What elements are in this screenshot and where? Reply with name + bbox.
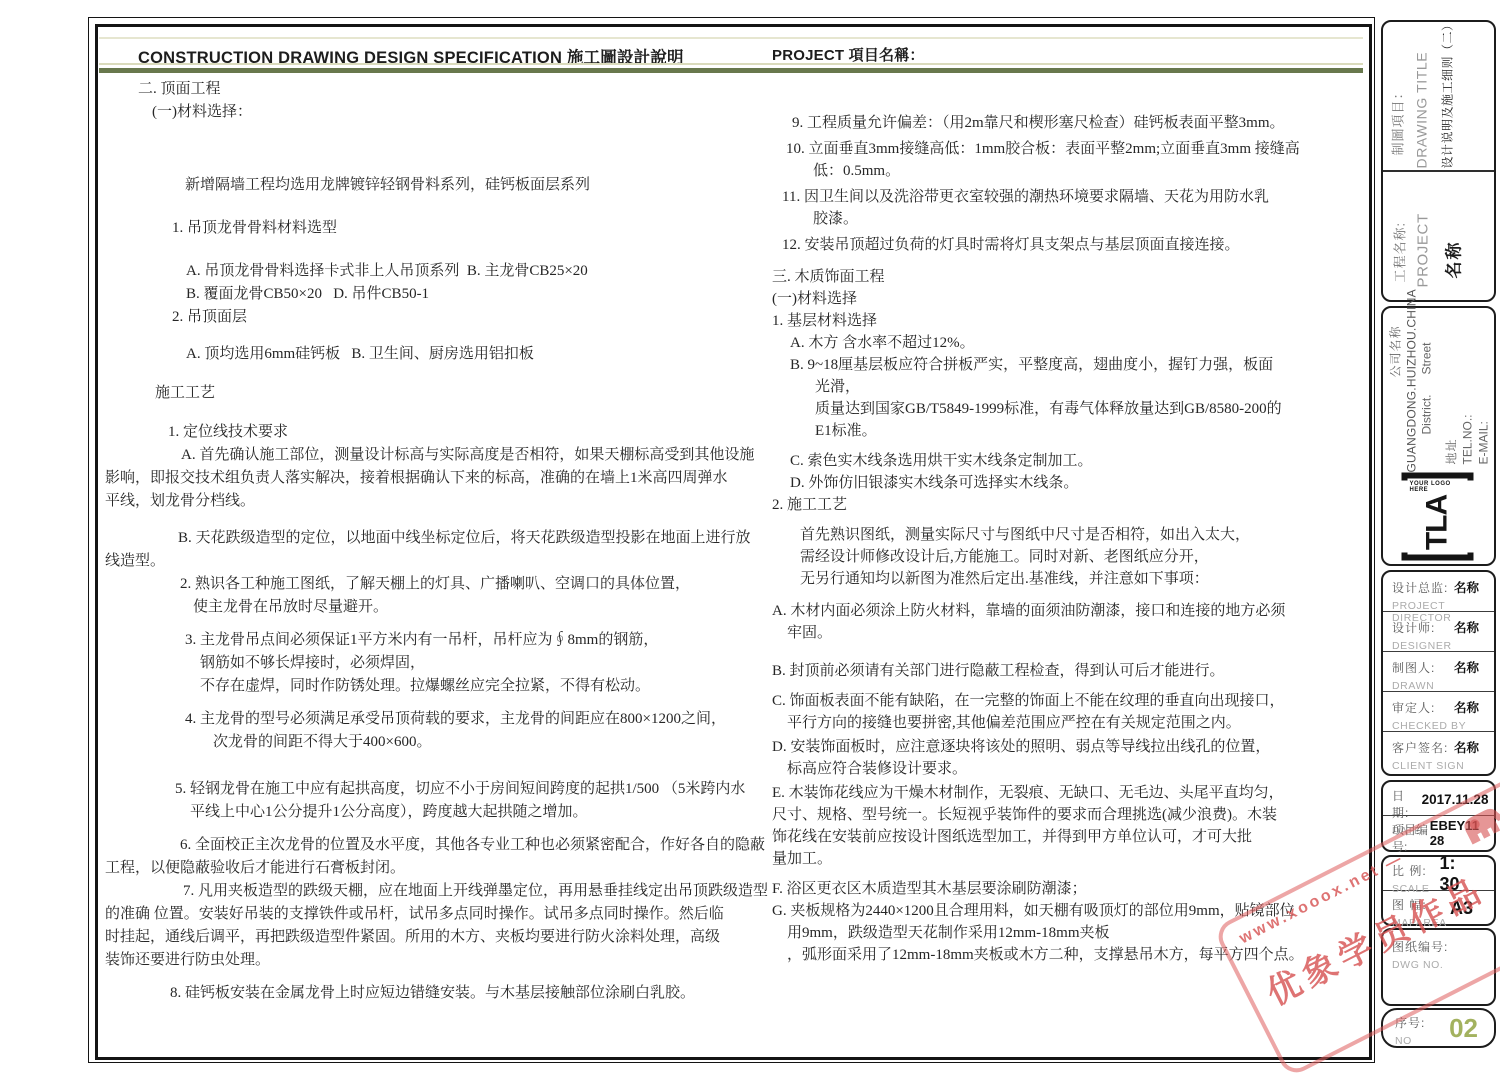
elephant-icon <box>1449 796 1500 852</box>
project-name-value: 名称 <box>1439 172 1464 298</box>
drawing-title-label-en: DRAWING TITLE <box>1413 22 1429 168</box>
drawing-title-section: 制圖項目： DRAWING TITLE 设计说明及施工细则（二） <box>1383 22 1494 172</box>
spec-paragraph: B. 天花跌级造型的定位，以地面中线坐标定位后，将天花跌级造型投影在地面上进行放… <box>105 527 790 573</box>
spec-paragraph: 1. 基层材料选择 <box>772 310 1347 332</box>
spec-paragraph: 11. 因卫生间以及洗浴带更衣室较强的潮热环境要求隔墙、天花为用防水乳 胶漆。 <box>772 186 1347 230</box>
spec-paragraph: 1. 定位线技术要求 <box>105 421 790 444</box>
spec-paragraph: 7. 凡用夹板造型的跌级天棚，应在地面上开线弹墨定位，再用悬垂挂线定出吊顶跌级造… <box>105 880 790 972</box>
spec-paragraph: C. 索色实木线条选用烘干实木线条定制加工。 <box>772 450 1347 472</box>
drawn-label-en: DRAWN <box>1392 680 1485 692</box>
drawing-title-label-zh: 制圖項目： <box>1387 22 1406 168</box>
spec-paragraph: 2. 熟识各工种施工图纸，了解天棚上的灯具、广播喇叭、空调口的具体位置， 使主龙… <box>105 573 790 619</box>
address-label: 地址 <box>1445 289 1458 472</box>
spec-paragraph: 2. 吊顶面层 <box>105 306 790 329</box>
spec-paragraph: 1. 吊顶龙骨骨料材料选型 <box>105 217 790 240</box>
spec-paragraph: B. 9~18厘基层板应符合拼板严实，平整度高，翅曲度小，握钉力强，板面 光滑，… <box>772 354 1347 442</box>
spec-paragraph: 9. 工程质量允许偏差：（用2m靠尺和楔形塞尺检查）硅钙板表面平整3mm。 <box>772 112 1347 134</box>
people-row-checked: 审定人:名称 CHECKED BY <box>1383 692 1494 732</box>
spec-paragraph: 10. 立面垂直3mm接缝高低：1mm胶合板：表面平整2mm;立面垂直3mm 接… <box>772 138 1347 182</box>
spec-paragraph: A. 吊顶龙骨骨料选择卡式非上人吊顶系列 B. 主龙骨CB25×20 <box>105 260 790 283</box>
company-logo: TLA YOUR LOGO HERE <box>1383 472 1490 560</box>
spec-paragraph: E. 木装饰花线应为干燥木材制作，无裂痕、无缺口、无毛边、头尾平直均匀， 尺寸、… <box>772 782 1347 870</box>
spec-paragraph: D. 安装饰面板时，应注意逐块将该处的照明、弱点等导线拉出线孔的位置， 标高应符… <box>772 736 1347 780</box>
sheet-no-value: 02 <box>1449 1013 1478 1044</box>
checked-value: 名称 <box>1454 698 1479 716</box>
people-row-drawn: 制图人:名称 DRAWN <box>1383 652 1494 692</box>
people-row-director: 设计总监:名称 PROJECT DIRECTOR <box>1383 572 1494 612</box>
logo-left-bracket-icon <box>1401 552 1473 560</box>
titleblock-company: TLA YOUR LOGO HERE 公司名称 GUANGDONG.HUIZHO… <box>1381 306 1496 566</box>
spec-paragraph: 5. 轻钢龙骨在施工中应有起拱高度，切应不小于房间短间跨度的起拱1/500 （5… <box>105 778 790 824</box>
client-sign-label-zh: 客户签名: <box>1392 739 1448 756</box>
company-label: 公司名称 <box>1389 289 1402 472</box>
designer-label-zh: 设计师: <box>1392 619 1435 636</box>
checked-label-en: CHECKED BY <box>1392 720 1485 732</box>
spec-paragraph: 2. 施工工艺 <box>772 494 1347 516</box>
sheet-no-label-en: NO <box>1395 1035 1435 1047</box>
director-label-zh: 设计总监: <box>1392 579 1448 596</box>
project-name-label-en: PROJECT <box>1414 172 1431 298</box>
company-district: District. Street <box>1420 289 1433 472</box>
spec-paragraph: 12. 安装吊顶超过负荷的灯具时需将灯具支架点与基层顶面直接连接。 <box>772 234 1347 256</box>
spec-paragraph: 二. 顶面工程 <box>105 78 790 101</box>
people-row-client: 客户签名:名称 CLIENT SIGN <box>1383 732 1494 771</box>
spec-paragraph: C. 饰面板表面不能有缺陷，在一完整的饰面上不能在纹理的垂直向出现接口， 平行方… <box>772 690 1347 734</box>
designer-label-en: DESIGNER <box>1392 640 1485 652</box>
spec-paragraph: (一)材料选择： <box>105 101 790 124</box>
drawn-value: 名称 <box>1454 658 1479 676</box>
spec-paragraph: A. 木方 含水率不超过12%。 <box>772 332 1347 354</box>
spec-paragraph: 施工工艺 <box>105 382 790 405</box>
client-sign-label-en: CLIENT SIGN <box>1392 760 1485 772</box>
header-rule-thin <box>99 63 1363 65</box>
drawn-label-zh: 制图人: <box>1392 659 1435 676</box>
email-label: E-MAIL: <box>1477 289 1490 472</box>
titleblock-drawing-title: 制圖項目： DRAWING TITLE 设计说明及施工细则（二） 工程名称: P… <box>1381 20 1496 302</box>
tel-label: TEL.NO.: <box>1461 289 1474 472</box>
logo-text: TLA <box>1407 492 1467 551</box>
spec-paragraph: A. 木材内面必须涂上防火材料，靠墙的面须油防潮漆，接口和连接的地方必须 牢固。 <box>772 600 1347 644</box>
spec-paragraph: 6. 全面校正主次龙骨的位置及水平度，其他各专业工种也必须紧密配合，作好各自的隐… <box>105 834 790 880</box>
logo-subtext: YOUR LOGO HERE <box>1409 480 1465 492</box>
spec-paragraph: (一)材料选择 <box>772 288 1347 310</box>
spec-paragraph: 4. 主龙骨的型号必须满足承受吊顶荷载的要求，主龙骨的间距应在800×1200之… <box>105 708 790 754</box>
drawing-title-value: 设计说明及施工细则（二） <box>1438 22 1455 168</box>
project-name-section: 工程名称: PROJECT 名称 <box>1383 172 1494 296</box>
spec-paragraph: B. 封顶前必须请有关部门进行隐蔽工程检查，得到认可后才能进行。 <box>772 660 1347 682</box>
project-name-label-zh: 工程名称: <box>1389 172 1408 298</box>
director-value: 名称 <box>1454 578 1479 596</box>
spec-paragraph: 3. 主龙骨吊点间必须保证1平方米内有一吊杆，吊杆应为∮8mm的钢筋， 钢筋如不… <box>105 629 790 698</box>
spec-paragraph: A. 顶均选用6mm硅钙板 B. 卫生间、厨房选用铝扣板 <box>105 343 790 366</box>
checked-label-zh: 审定人: <box>1392 699 1435 716</box>
designer-value: 名称 <box>1454 618 1479 636</box>
date-label-zh: 日 期: <box>1392 787 1422 821</box>
spec-paragraph: F. 浴区更衣区木质造型其木基层要涂刷防潮漆； <box>772 878 1347 900</box>
header-rule-thick <box>99 68 1363 73</box>
spec-paragraph: D. 外饰仿旧银漆实木线条可选择实木线条。 <box>772 472 1347 494</box>
client-sign-value: 名称 <box>1454 738 1479 756</box>
project-title-label: PROJECT 項目名稱： <box>772 44 925 65</box>
titleblock-people: 设计总监:名称 PROJECT DIRECTOR 设计师:名称 DESIGNER… <box>1381 570 1496 776</box>
header-rule-top <box>99 37 1363 39</box>
spec-paragraph: 新增隔墙工程均选用龙牌镀锌轻钢骨料系列，硅钙板面层系列 <box>105 174 790 197</box>
spec-column-left: 二. 顶面工程 (一)材料选择： 新增隔墙工程均选用龙牌镀锌轻钢骨料系列，硅钙板… <box>105 78 790 1005</box>
spec-paragraph: 首先熟识图纸，测量实际尺寸与图纸中尺寸是否相符，如出入太大， 需经设计师修改设计… <box>772 524 1347 590</box>
logo-right-bracket-icon <box>1401 472 1473 480</box>
spec-paragraph: B. 覆面龙骨CB50×20 D. 吊件CB50-1 <box>105 283 790 306</box>
spec-paragraph: 三. 木质饰面工程 <box>772 266 1347 288</box>
spec-paragraph: A. 首先确认施工部位，测量设计标高与实际高度是否相符，如果天棚标高受到其他设施… <box>105 444 790 513</box>
company-value: GUANGDONG.HUIZHOU.CHINA <box>1405 289 1418 472</box>
spec-paragraph: 8. 硅钙板安装在金属龙骨上时应短边错缝安装。与木基层接触部位涂刷白乳胶。 <box>105 982 790 1005</box>
spec-column-right: 9. 工程质量允许偏差：（用2m靠尺和楔形塞尺检查）硅钙板表面平整3mm。 10… <box>772 112 1347 966</box>
